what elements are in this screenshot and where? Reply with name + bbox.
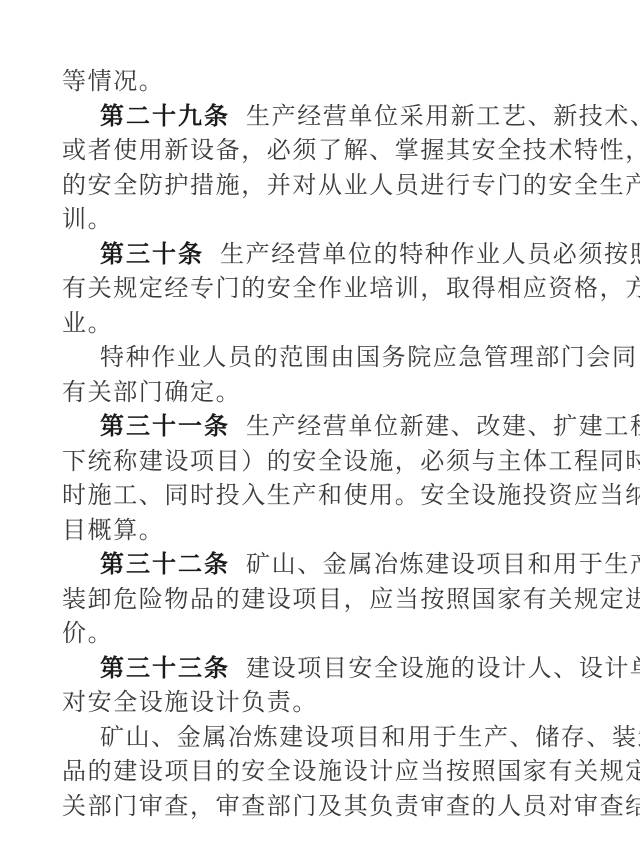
- line-text: 目概算。: [62, 516, 164, 544]
- line-text: 价。: [62, 619, 113, 647]
- text-line: 等情况。: [62, 64, 580, 99]
- line-text: 建设项目安全设施的设计人、设计单位应当: [246, 654, 640, 682]
- article-number: 第三十二条: [100, 550, 230, 578]
- line-text: 下统称建设项目）的安全设施，必须与主体工程同时设计、同: [62, 447, 640, 475]
- line-text: 关部门审查，审查部门及其负责审查的人员对审查结果负责。: [62, 792, 640, 820]
- article-31-heading-line: 第三十一条生产经营单位新建、改建、扩建工程项目（以: [62, 409, 580, 444]
- text-line: 关部门审查，审查部门及其负责审查的人员对审查结果负责。: [62, 789, 580, 824]
- line-text: 生产经营单位的特种作业人员必须按照国家: [220, 240, 640, 268]
- text-line: 有关部门确定。: [62, 375, 580, 410]
- line-text: 等情况。: [62, 67, 164, 95]
- line-text: 时施工、同时投入生产和使用。安全设施投资应当纳入建设项: [62, 481, 640, 509]
- text-line: 的安全防护措施，并对从业人员进行专门的安全生产教育和培: [62, 168, 580, 203]
- article-number: 第三十三条: [100, 654, 230, 682]
- article-number: 第三十一条: [100, 412, 230, 440]
- text-line: 矿山、金属冶炼建设项目和用于生产、储存、装卸危险物: [62, 720, 580, 755]
- line-text: 有关规定经专门的安全作业培训，取得相应资格，方可上岗作: [62, 274, 640, 302]
- article-29-heading-line: 第二十九条生产经营单位采用新工艺、新技术、新材料: [62, 99, 580, 134]
- line-text: 的安全防护措施，并对从业人员进行专门的安全生产教育和培: [62, 171, 640, 199]
- line-text: 矿山、金属冶炼建设项目和用于生产、储存、装卸危险物: [100, 723, 640, 751]
- text-line: 品的建设项目的安全设施设计应当按照国家有关规定报经有: [62, 754, 580, 789]
- article-number: 第三十条: [100, 240, 204, 268]
- text-line: 训。: [62, 202, 580, 237]
- article-30-heading-line: 第三十条生产经营单位的特种作业人员必须按照国家: [62, 237, 580, 272]
- line-text: 训。: [62, 205, 113, 233]
- line-text: 装卸危险物品的建设项目，应当按照国家有关规定进行安全评: [62, 585, 640, 613]
- text-line: 有关规定经专门的安全作业培训，取得相应资格，方可上岗作: [62, 271, 580, 306]
- line-text: 生产经营单位新建、改建、扩建工程项目（以: [246, 412, 640, 440]
- text-line: 业。: [62, 306, 580, 341]
- text-line: 目概算。: [62, 513, 580, 548]
- text-line: 对安全设施设计负责。: [62, 685, 580, 720]
- text-line: 价。: [62, 616, 580, 651]
- line-text: 矿山、金属冶炼建设项目和用于生产、储存、: [246, 550, 640, 578]
- text-line: 下统称建设项目）的安全设施，必须与主体工程同时设计、同: [62, 444, 580, 479]
- line-text: 或者使用新设备，必须了解、掌握其安全技术特性，采取有效: [62, 136, 640, 164]
- article-32-heading-line: 第三十二条矿山、金属冶炼建设项目和用于生产、储存、: [62, 547, 580, 582]
- article-number: 第二十九条: [100, 102, 230, 130]
- line-text: 品的建设项目的安全设施设计应当按照国家有关规定报经有: [62, 757, 640, 785]
- text-line: 特种作业人员的范围由国务院应急管理部门会同国务院: [62, 340, 580, 375]
- line-text: 特种作业人员的范围由国务院应急管理部门会同国务院: [100, 343, 640, 371]
- text-line: 时施工、同时投入生产和使用。安全设施投资应当纳入建设项: [62, 478, 580, 513]
- line-text: 生产经营单位采用新工艺、新技术、新材料: [246, 102, 640, 130]
- line-text: 有关部门确定。: [62, 378, 241, 406]
- text-line: 装卸危险物品的建设项目，应当按照国家有关规定进行安全评: [62, 582, 580, 617]
- article-33-heading-line: 第三十三条建设项目安全设施的设计人、设计单位应当: [62, 651, 580, 686]
- document-page: 等情况。 第二十九条生产经营单位采用新工艺、新技术、新材料 或者使用新设备，必须…: [62, 64, 580, 823]
- line-text: 对安全设施设计负责。: [62, 688, 318, 716]
- text-line: 或者使用新设备，必须了解、掌握其安全技术特性，采取有效: [62, 133, 580, 168]
- line-text: 业。: [62, 309, 113, 337]
